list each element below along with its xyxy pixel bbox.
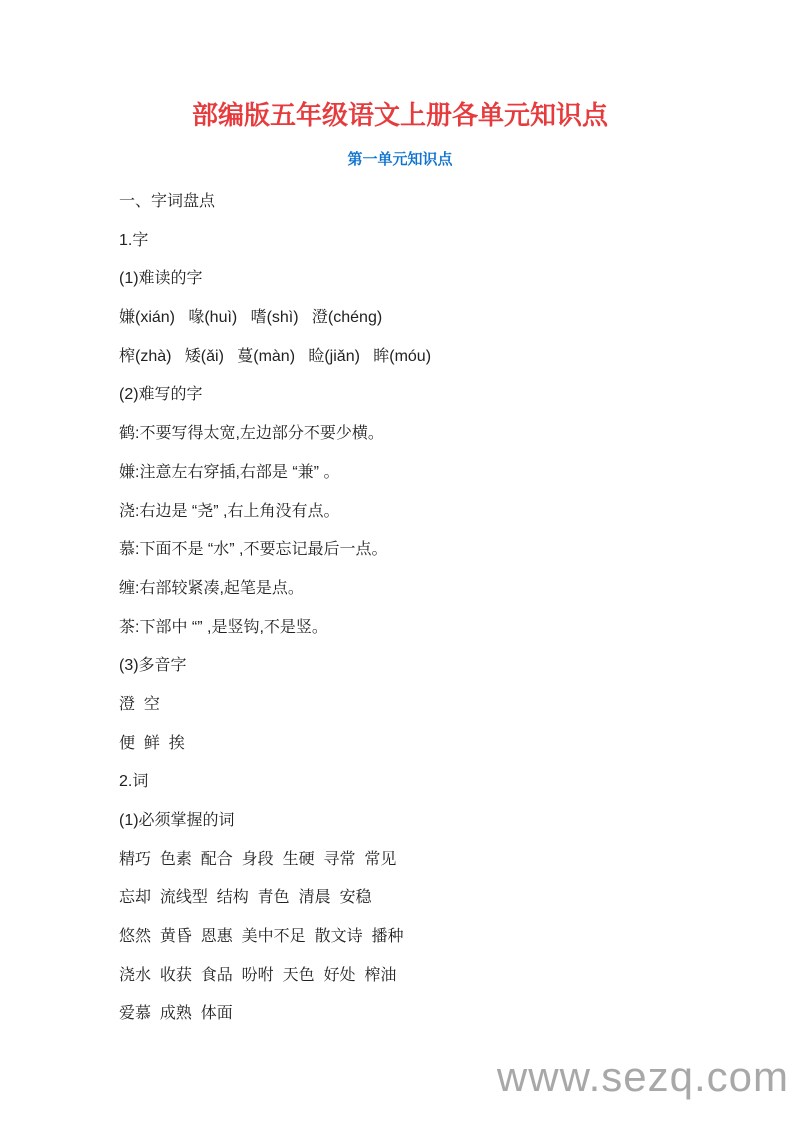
pinyin-line-1: 嫌(xián) 喙(huì) 嗜(shì) 澄(chéng): [119, 299, 770, 338]
pinyin-line-2: 榨(zhà) 矮(ǎi) 蔓(màn) 睑(jiǎn) 眸(móu): [119, 338, 770, 377]
document-title: 部编版五年级语文上册各单元知识点: [0, 99, 800, 131]
heading-characters: 1.字: [119, 222, 770, 261]
writing-tip-he: 鹤:不要写得太宽,左边部分不要少横。: [119, 415, 770, 454]
document-body: 一、字词盘点 1.字 (1)难读的字 嫌(xián) 喙(huì) 嗜(shì)…: [119, 183, 770, 1034]
heading-words: 2.词: [119, 763, 770, 802]
subheading-hard-to-read: (1)难读的字: [119, 260, 770, 299]
polyphone-line-1: 澄 空: [119, 686, 770, 725]
writing-tip-mu: 慕:下面不是 “水” ,不要忘记最后一点。: [119, 531, 770, 570]
writing-tip-xian: 嫌:注意左右穿插,右部是 “兼” 。: [119, 454, 770, 493]
unit-section-title: 第一单元知识点: [0, 149, 800, 170]
word-list-line-1: 精巧 色素 配合 身段 生硬 寻常 常见: [119, 841, 770, 880]
subheading-hard-to-write: (2)难写的字: [119, 376, 770, 415]
word-list-line-4: 浇水 收获 食品 吩咐 天色 好处 榨油: [119, 957, 770, 996]
writing-tip-cha: 茶:下部中 “” ,是竖钩,不是竖。: [119, 609, 770, 648]
word-list-line-5: 爱慕 成熟 体面: [119, 995, 770, 1034]
word-list-line-2: 忘却 流线型 结构 青色 清晨 安稳: [119, 879, 770, 918]
document-page: 部编版五年级语文上册各单元知识点 第一单元知识点 一、字词盘点 1.字 (1)难…: [0, 0, 800, 1132]
writing-tip-chan: 缠:右部较紧凑,起笔是点。: [119, 570, 770, 609]
polyphone-line-2: 便 鲜 挨: [119, 725, 770, 764]
word-list-line-3: 悠然 黄昏 恩惠 美中不足 散文诗 播种: [119, 918, 770, 957]
subheading-polyphones: (3)多音字: [119, 647, 770, 686]
heading-word-inventory: 一、字词盘点: [119, 183, 770, 222]
site-watermark: www.sezq.com: [497, 1054, 789, 1100]
subheading-must-master: (1)必须掌握的词: [119, 802, 770, 841]
writing-tip-jiao: 浇:右边是 “尧” ,右上角没有点。: [119, 493, 770, 532]
